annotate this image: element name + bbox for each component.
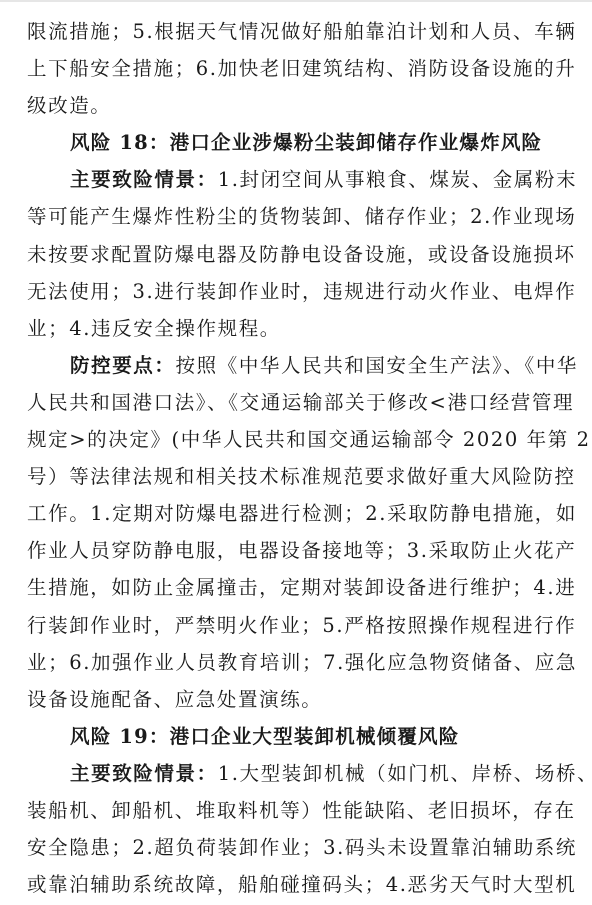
text-line: 等可能产生爆炸性粉尘的货物装卸、储存作业；2.作业现场 [27, 198, 567, 235]
text-line: 或靠泊辅助系统故障，船舶碰撞码头；4.恶劣天气时大型机 [27, 866, 567, 903]
text-line: 主要致险情景：1.大型装卸机械（如门机、岸桥、场桥、 [27, 755, 567, 792]
risk-18-heading: 风险 18：港口企业涉爆粉尘装卸储存作业爆炸风险 [27, 124, 567, 161]
main-scenarios-label: 主要致险情景： [70, 168, 218, 191]
control-points-text: 按照《中华人民共和国安全生产法》、《中华 [176, 354, 579, 377]
text-line: 业；6.加强作业人员教育培训；7.强化应急物资储备、应急 [27, 644, 567, 681]
continued-paragraph: 限流措施；5.根据天气情况做好船舶靠泊计划和人员、车辆 上下船安全措施；6.加快… [27, 13, 567, 124]
text-line: 作业人员穿防静电服，电器设备接地等；3.采取防止火花产 [27, 532, 567, 569]
text-line: 安全隐患；2.超负荷装卸作业；3.码头未设置靠泊辅助系统 [27, 829, 567, 866]
text-line: 行装卸作业时，严禁明火作业；5.严格按照操作规程进行作 [27, 607, 567, 644]
text-line: 人民共和国港口法》、《交通运输部关于修改<港口经营管理 [27, 384, 567, 421]
main-scenarios-text: 1.大型装卸机械（如门机、岸桥、场桥、 [218, 762, 592, 785]
text-line: 装船机、卸船机、堆取料机等）性能缺陷、老旧损坏，存在 [27, 792, 567, 829]
page-top-divider [0, 0, 592, 2]
text-line: 上下船安全措施；6.加快老旧建筑结构、消防设备设施的升 [27, 50, 567, 87]
risk-18-section: 风险 18：港口企业涉爆粉尘装卸储存作业爆炸风险 主要致险情景：1.封闭空间从事… [27, 124, 567, 718]
risk-19-section: 风险 19：港口企业大型装卸机械倾覆风险 主要致险情景：1.大型装卸机械（如门机… [27, 718, 567, 903]
risk-18-main-scenarios: 主要致险情景：1.封闭空间从事粮食、煤炭、金属粉末 等可能产生爆炸性粉尘的货物装… [27, 161, 567, 346]
text-line: 规定>的决定》(中华人民共和国交通运输部令 2020 年第 21 [27, 421, 567, 458]
text-line: 防控要点：按照《中华人民共和国安全生产法》、《中华 [27, 347, 567, 384]
text-line: 工作。1.定期对防爆电器进行检测；2.采取防静电措施，如 [27, 495, 567, 532]
text-line: 主要致险情景：1.封闭空间从事粮食、煤炭、金属粉末 [27, 161, 567, 198]
main-scenarios-label: 主要致险情景： [70, 762, 218, 785]
main-scenarios-text: 1.封闭空间从事粮食、煤炭、金属粉末 [218, 168, 577, 191]
text-line: 未按要求配置防爆电器及防静电设备设施，或设备设施损坏 [27, 236, 567, 273]
risk-19-heading: 风险 19：港口企业大型装卸机械倾覆风险 [27, 718, 567, 755]
text-line: 级改造。 [27, 87, 567, 124]
text-line: 设备设施配备、应急处置演练。 [27, 681, 567, 718]
risk-19-main-scenarios: 主要致险情景：1.大型装卸机械（如门机、岸桥、场桥、 装船机、卸船机、堆取料机等… [27, 755, 567, 903]
text-line: 限流措施；5.根据天气情况做好船舶靠泊计划和人员、车辆 [27, 13, 567, 50]
control-points-label: 防控要点： [70, 354, 176, 377]
text-line: 生措施，如防止金属撞击，定期对装卸设备进行维护；4.进 [27, 569, 567, 606]
text-line: 业；4.违反安全操作规程。 [27, 310, 567, 347]
text-line: 号）等法律法规和相关技术标准规范要求做好重大风险防控 [27, 458, 567, 495]
risk-18-control-points: 防控要点：按照《中华人民共和国安全生产法》、《中华 人民共和国港口法》、《交通运… [27, 347, 567, 718]
text-line: 无法使用；3.进行装卸作业时，违规进行动火作业、电焊作 [27, 273, 567, 310]
document-page: 限流措施；5.根据天气情况做好船舶靠泊计划和人员、车辆 上下船安全措施；6.加快… [27, 13, 567, 903]
